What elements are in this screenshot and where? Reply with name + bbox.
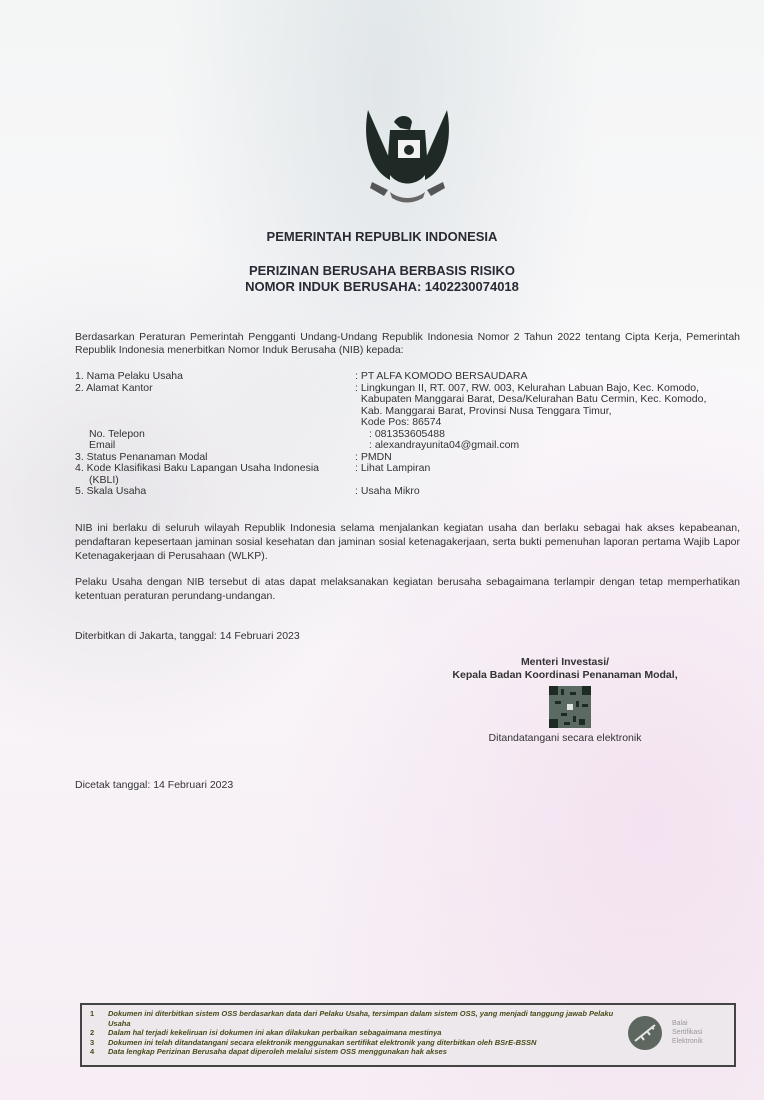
footer-note: 4Data lengkap Perizinan Berusaha dapat d… xyxy=(90,1047,620,1057)
detail-label: 1. Nama Pelaku Usaha xyxy=(75,371,355,383)
detail-value: : Usaha Mikro xyxy=(355,486,755,498)
government-heading: PEMERINTAH REPUBLIK INDONESIA xyxy=(0,229,764,244)
business-details: 1. Nama Pelaku Usaha: PT ALFA KOMODO BER… xyxy=(75,371,755,498)
detail-row: 4. Kode Klasifikasi Baku Lapangan Usaha … xyxy=(75,463,755,475)
note-number: 1 xyxy=(90,1009,108,1028)
detail-value xyxy=(369,475,755,487)
detail-value: Kabupaten Manggarai Barat, Desa/Keluraha… xyxy=(355,394,755,406)
logo-line: Balai xyxy=(672,1019,703,1028)
detail-label: 2. Alamat Kantor xyxy=(75,383,355,395)
logo-line: Elektronik xyxy=(672,1037,703,1046)
note-number: 4 xyxy=(90,1047,108,1057)
signatory-line-1: Menteri Investasi/ xyxy=(430,656,700,669)
note-text: Dalam hal terjadi kekeliruan isi dokumen… xyxy=(108,1028,441,1038)
footer-note: 1Dokumen ini diterbitkan sistem OSS berd… xyxy=(90,1009,620,1028)
detail-label: 5. Skala Usaha xyxy=(75,486,355,498)
qr-code-icon xyxy=(549,686,591,728)
note-text: Data lengkap Perizinan Berusaha dapat di… xyxy=(108,1047,447,1057)
detail-row: 5. Skala Usaha: Usaha Mikro xyxy=(75,486,755,498)
bsre-logo-text: Balai Sertifikasi Elektronik xyxy=(672,1019,703,1046)
detail-value: : alexandrayunita04@gmail.com xyxy=(369,440,755,452)
permission-paragraph: Pelaku Usaha dengan NIB tersebut di atas… xyxy=(75,575,740,603)
footer-note: 3Dokumen ini telah ditandatangani secara… xyxy=(90,1038,620,1048)
footer-notes: 1Dokumen ini diterbitkan sistem OSS berd… xyxy=(90,1009,620,1057)
signatory-line-2: Kepala Badan Koordinasi Penanaman Modal, xyxy=(430,669,700,682)
detail-label: Email xyxy=(75,440,369,452)
permit-title: PERIZINAN BERUSAHA BERBASIS RISIKO xyxy=(0,263,764,279)
detail-row: Kode Pos: 86574 xyxy=(75,417,755,429)
garuda-emblem-icon xyxy=(360,100,455,210)
document-title: PERIZINAN BERUSAHA BERBASIS RISIKO NOMOR… xyxy=(0,263,764,295)
detail-value: : PT ALFA KOMODO BERSAUDARA xyxy=(355,371,755,383)
detail-value: : Lihat Lampiran xyxy=(355,463,755,475)
note-text: Dokumen ini diterbitkan sistem OSS berda… xyxy=(108,1009,620,1028)
e-signature-caption: Ditandatangani secara elektronik xyxy=(430,732,700,744)
detail-row: Email: alexandrayunita04@gmail.com xyxy=(75,440,755,452)
detail-row: Kabupaten Manggarai Barat, Desa/Keluraha… xyxy=(75,394,755,406)
note-number: 2 xyxy=(90,1028,108,1038)
detail-label xyxy=(75,394,355,406)
detail-label: 4. Kode Klasifikasi Baku Lapangan Usaha … xyxy=(75,463,355,475)
signatory-title: Menteri Investasi/ Kepala Badan Koordina… xyxy=(430,656,700,682)
detail-value: Kode Pos: 86574 xyxy=(355,417,755,429)
issued-date: Diterbitkan di Jakarta, tanggal: 14 Febr… xyxy=(75,630,300,642)
logo-line: Sertifikasi xyxy=(672,1028,703,1037)
detail-label xyxy=(75,406,355,418)
validity-paragraph: NIB ini berlaku di seluruh wilayah Repub… xyxy=(75,521,740,563)
footer-note: 2Dalam hal terjadi kekeliruan isi dokume… xyxy=(90,1028,620,1038)
note-text: Dokumen ini telah ditandatangani secara … xyxy=(108,1038,536,1048)
bsre-logo-icon xyxy=(627,1015,663,1051)
footer-notes-box: 1Dokumen ini diterbitkan sistem OSS berd… xyxy=(80,1003,736,1067)
intro-paragraph: Berdasarkan Peraturan Pemerintah Penggan… xyxy=(75,331,740,357)
detail-row: 1. Nama Pelaku Usaha: PT ALFA KOMODO BER… xyxy=(75,371,755,383)
detail-label xyxy=(75,417,355,429)
detail-label: No. Telepon xyxy=(75,429,369,441)
printed-date: Dicetak tanggal: 14 Februari 2023 xyxy=(75,779,233,791)
note-number: 3 xyxy=(90,1038,108,1048)
nib-number: NOMOR INDUK BERUSAHA: 1402230074018 xyxy=(0,279,764,295)
